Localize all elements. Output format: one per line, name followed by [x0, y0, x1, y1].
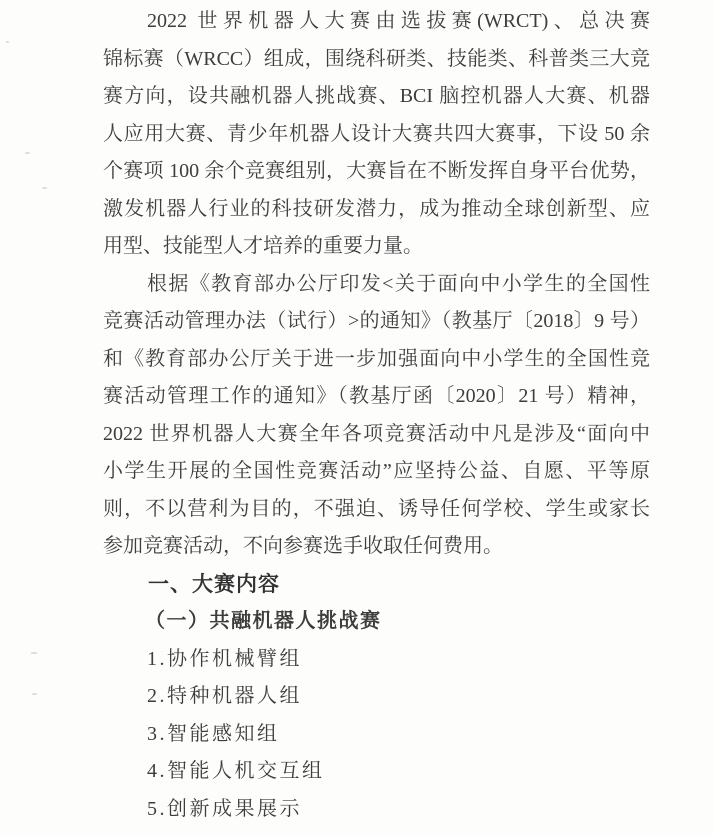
list-item: 2.特种机器人组	[103, 678, 650, 716]
list-item: 4.智能人机交互组	[103, 753, 650, 791]
list-item: 3.智能感知组	[103, 716, 650, 754]
paragraph-line: 赛活动管理工作的通知》（教基厅函〔2020〕21 号）精神，	[103, 378, 650, 416]
scan-artifact	[6, 41, 9, 43]
paragraph-line: 竞赛活动管理办法（试行）>的通知》（教基厅〔2018〕9 号）	[103, 303, 650, 341]
paragraph-line: 个赛项 100 余个竞赛组别，大赛旨在不断发挥自身平台优势，	[103, 153, 650, 191]
subsection-heading: （一）共融机器人挑战赛	[103, 603, 650, 641]
paragraph-line: 小学生开展的全国性竞赛活动”应坚持公益、自愿、平等原	[103, 453, 650, 491]
paragraph-line: 激发机器人行业的科技研发潜力，成为推动全球创新型、应	[103, 191, 650, 229]
scan-artifact	[31, 652, 37, 654]
document-content: 2022 世界机器人大赛由选拔赛(WRCT)、总决赛(WRCF)、锦标赛（WRC…	[103, 3, 650, 828]
paragraph-line: 则，不以营利为目的，不强迫、诱导任何学校、学生或家长	[103, 491, 650, 529]
paragraph-line: 和《教育部办公厅关于进一步加强面向中小学生的全国性竞	[103, 341, 650, 379]
scan-artifact	[42, 187, 47, 189]
paragraph-line: 2022 世界机器人大赛全年各项竞赛活动中凡是涉及“面向中	[103, 416, 650, 454]
paragraph-line: 赛方向，设共融机器人挑战赛、BCI 脑控机器人大赛、机器	[103, 78, 650, 116]
section-heading: 一、大赛内容	[103, 566, 650, 604]
scan-artifact	[32, 693, 37, 695]
list-item: 5.创新成果展示	[103, 791, 650, 829]
list-item: 1.协作机械臂组	[103, 641, 650, 679]
paragraph-line: 人应用大赛、青少年机器人设计大赛共四大赛事，下设 50 余	[103, 116, 650, 154]
paragraph-line: 根据《教育部办公厅印发<关于面向中小学生的全国性	[103, 266, 650, 304]
paragraph-line: 用型、技能型人才培养的重要力量。	[103, 228, 650, 266]
paragraph-line: 锦标赛（WRCC）组成，围绕科研类、技能类、科普类三大竞	[103, 41, 650, 79]
document-page: 2022 世界机器人大赛由选拔赛(WRCT)、总决赛(WRCF)、锦标赛（WRC…	[0, 0, 714, 835]
paragraph-line: 2022 世界机器人大赛由选拔赛(WRCT)、总决赛(WRCF)、	[103, 3, 650, 41]
scan-artifact	[25, 152, 30, 154]
paragraph-line: 参加竞赛活动，不向参赛选手收取任何费用。	[103, 528, 650, 566]
